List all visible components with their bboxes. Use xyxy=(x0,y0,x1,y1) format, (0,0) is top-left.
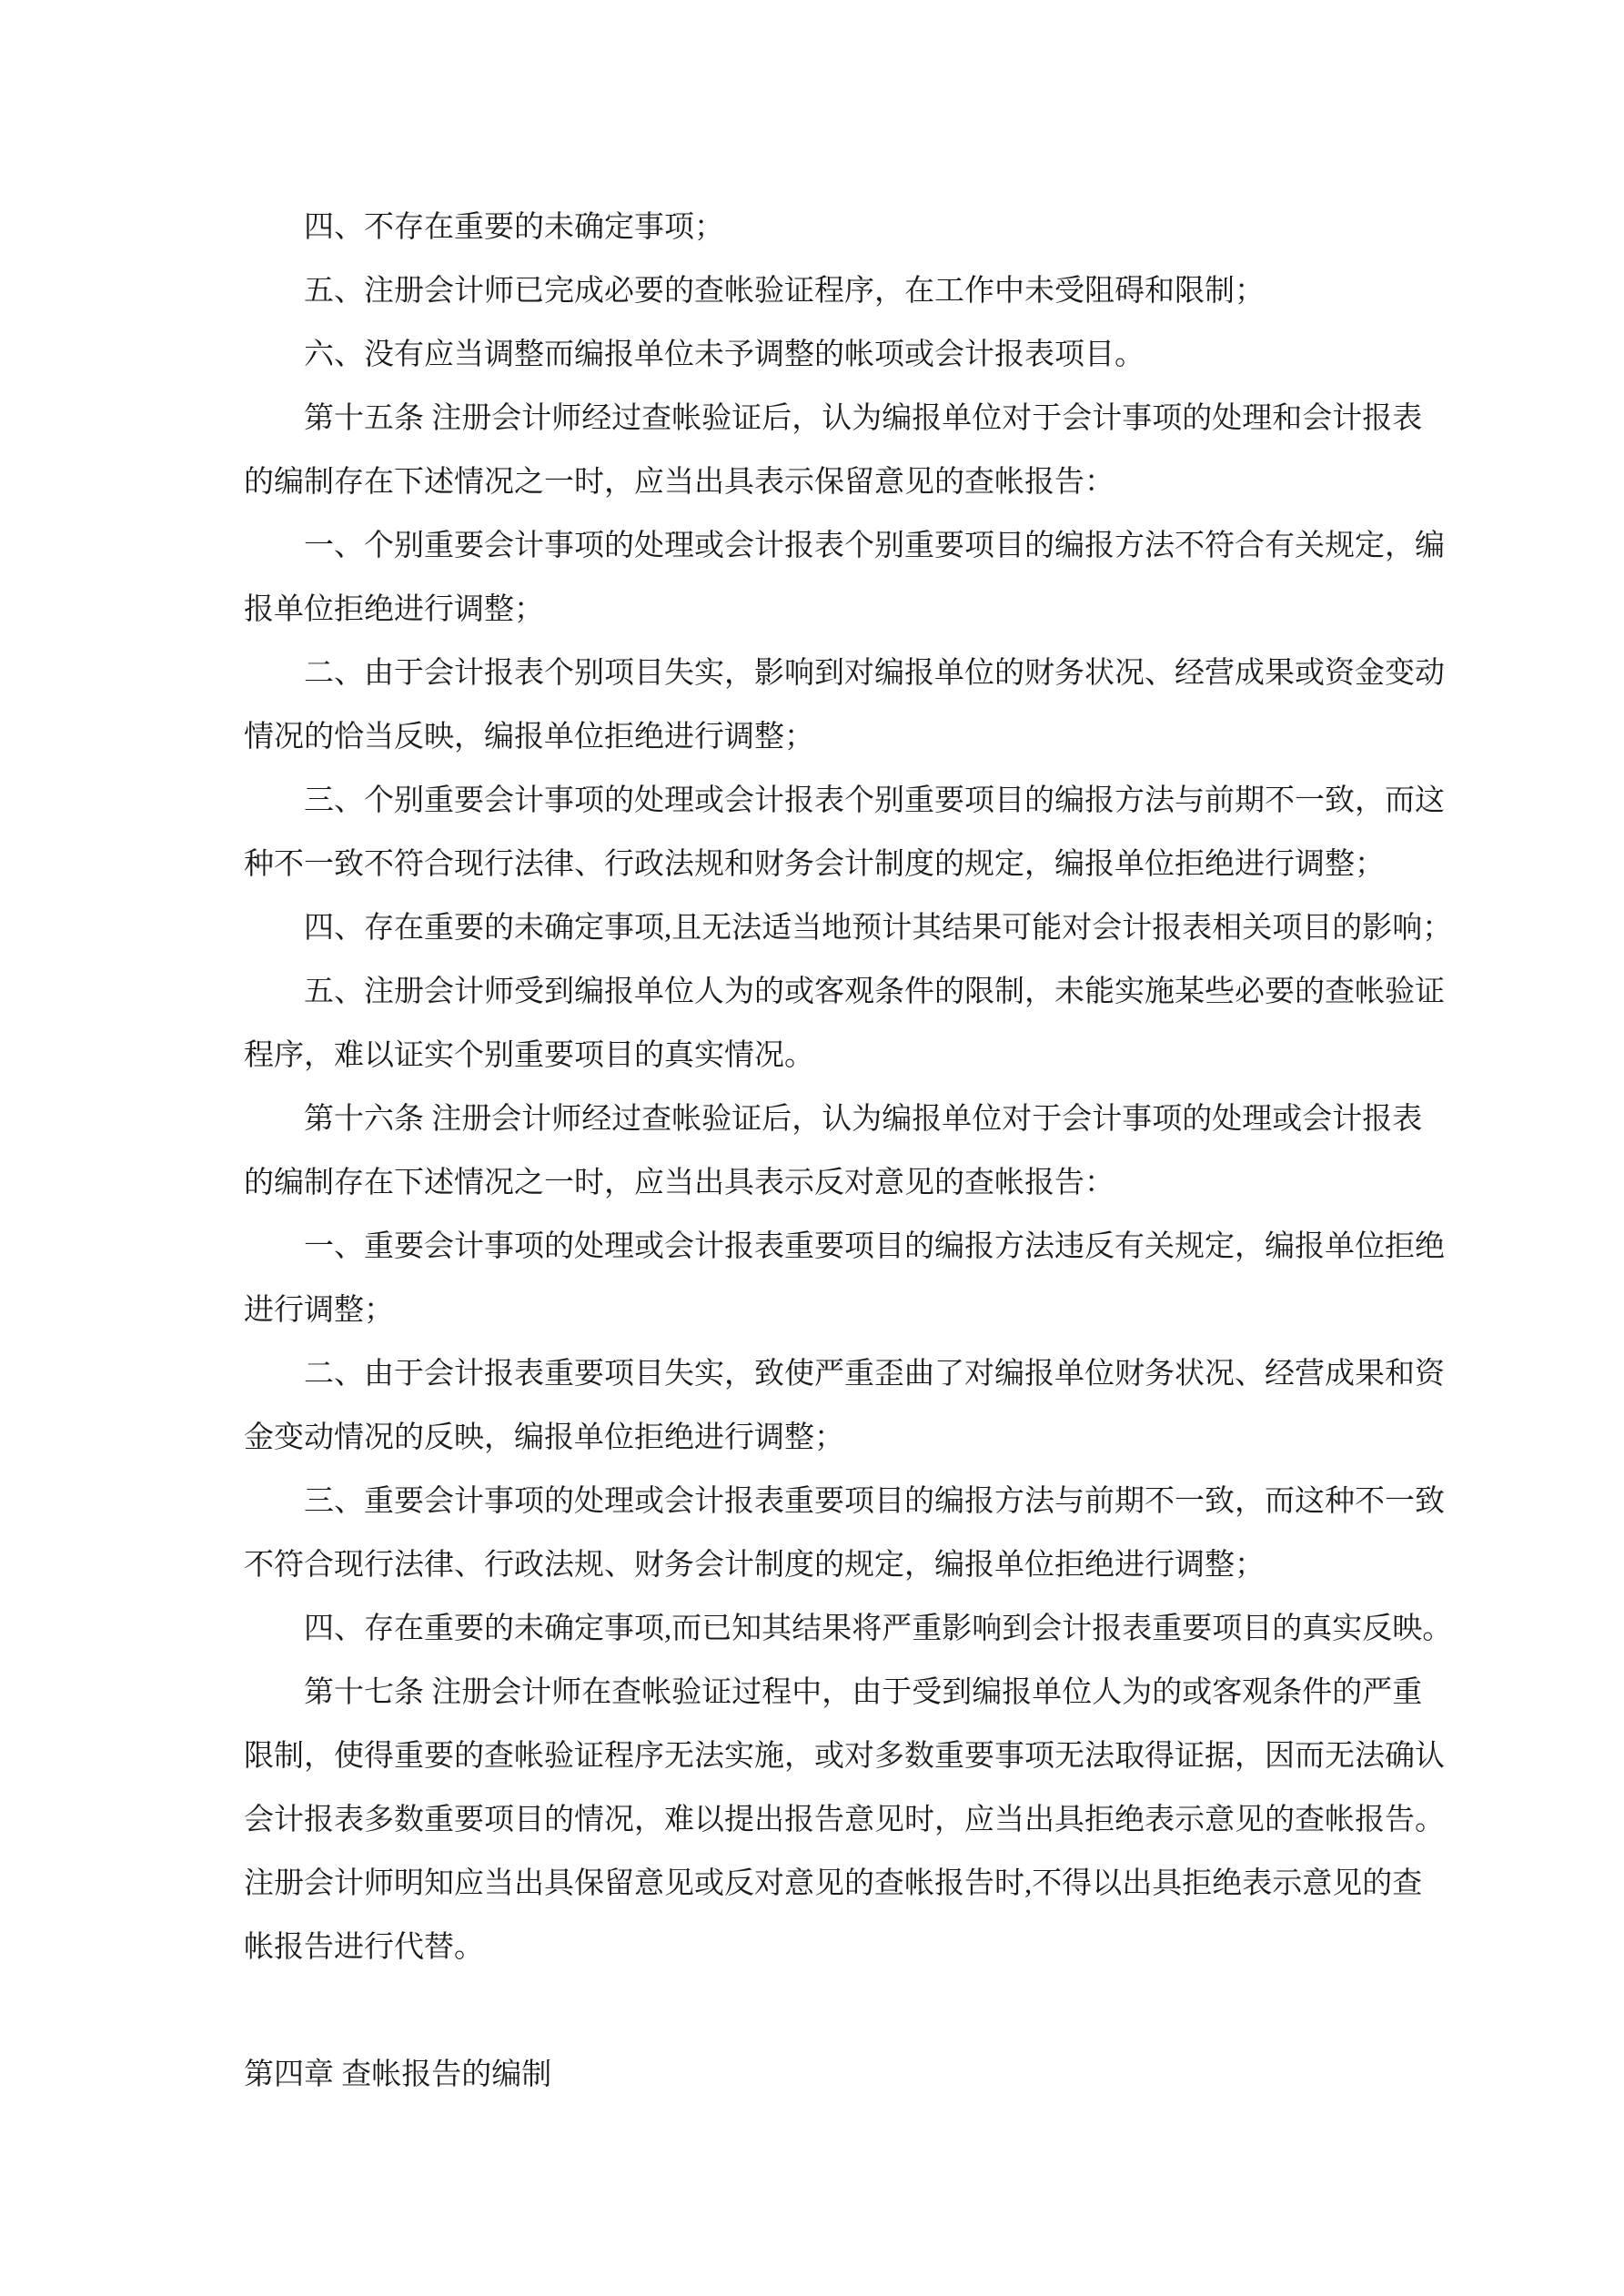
body-lines: 四、不存在重要的未确定事项；五、注册会计师已完成必要的查帐验证程序，在工作中未受… xyxy=(244,196,1490,1979)
text-line: 四、存在重要的未确定事项,而已知其结果将严重影响到会计报表重要项目的真实反映。 xyxy=(244,1597,1490,1661)
text-line: 第十五条 注册会计师经过查帐验证后，认为编报单位对于会计事项的处理和会计报表 xyxy=(244,387,1490,450)
text-line: 会计报表多数重要项目的情况，难以提出报告意见时，应当出具拒绝表示意见的查帐报告。 xyxy=(244,1788,1490,1852)
text-line: 报单位拒绝进行调整； xyxy=(244,578,1490,642)
text-line: 二、由于会计报表个别项目失实，影响到对编报单位的财务状况、经营成果或资金变动 xyxy=(244,642,1490,705)
text-line: 程序，难以证实个别重要项目的真实情况。 xyxy=(244,1024,1490,1087)
text-line: 三、重要会计事项的处理或会计报表重要项目的编报方法与前期不一致，而这种不一致 xyxy=(244,1470,1490,1533)
document-body: 四、不存在重要的未确定事项；五、注册会计师已完成必要的查帐验证程序，在工作中未受… xyxy=(244,196,1490,2107)
text-line: 第十六条 注册会计师经过查帐验证后，认为编报单位对于会计事项的处理或会计报表 xyxy=(244,1087,1490,1151)
text-line: 一、重要会计事项的处理或会计报表重要项目的编报方法违反有关规定，编报单位拒绝 xyxy=(244,1215,1490,1279)
text-line: 五、注册会计师受到编报单位人为的或客观条件的限制，未能实施某些必要的查帐验证 xyxy=(244,960,1490,1024)
document-page: 四、不存在重要的未确定事项；五、注册会计师已完成必要的查帐验证程序，在工作中未受… xyxy=(0,0,1624,2296)
text-line: 注册会计师明知应当出具保留意见或反对意见的查帐报告时,不得以出具拒绝表示意见的查 xyxy=(244,1852,1490,1916)
text-line: 一、个别重要会计事项的处理或会计报表个别重要项目的编报方法不符合有关规定，编 xyxy=(244,514,1490,578)
chapter-heading: 第四章 查帐报告的编制 xyxy=(244,2043,1490,2107)
text-line: 的编制存在下述情况之一时，应当出具表示反对意见的查帐报告： xyxy=(244,1151,1490,1215)
text-line: 不符合现行法律、行政法规、财务会计制度的规定，编报单位拒绝进行调整； xyxy=(244,1533,1490,1597)
text-line: 四、不存在重要的未确定事项； xyxy=(244,196,1490,259)
text-line: 五、注册会计师已完成必要的查帐验证程序，在工作中未受阻碍和限制； xyxy=(244,259,1490,323)
text-line: 情况的恰当反映，编报单位拒绝进行调整； xyxy=(244,705,1490,769)
text-line: 帐报告进行代替。 xyxy=(244,1916,1490,1979)
text-line: 第十七条 注册会计师在查帐验证过程中，由于受到编报单位人为的或客观条件的严重 xyxy=(244,1661,1490,1725)
text-line: 进行调整； xyxy=(244,1279,1490,1342)
text-line: 四、存在重要的未确定事项,且无法适当地预计其结果可能对会计报表相关项目的影响； xyxy=(244,896,1490,960)
text-line: 金变动情况的反映，编报单位拒绝进行调整； xyxy=(244,1406,1490,1470)
text-line: 二、由于会计报表重要项目失实，致使严重歪曲了对编报单位财务状况、经营成果和资 xyxy=(244,1342,1490,1406)
text-line: 六、没有应当调整而编报单位未予调整的帐项或会计报表项目。 xyxy=(244,323,1490,387)
text-line: 三、个别重要会计事项的处理或会计报表个别重要项目的编报方法与前期不一致，而这 xyxy=(244,769,1490,833)
text-line: 种不一致不符合现行法律、行政法规和财务会计制度的规定，编报单位拒绝进行调整； xyxy=(244,833,1490,896)
text-line: 的编制存在下述情况之一时，应当出具表示保留意见的查帐报告： xyxy=(244,450,1490,514)
text-line: 限制，使得重要的查帐验证程序无法实施，或对多数重要事项无法取得证据，因而无法确认 xyxy=(244,1725,1490,1788)
